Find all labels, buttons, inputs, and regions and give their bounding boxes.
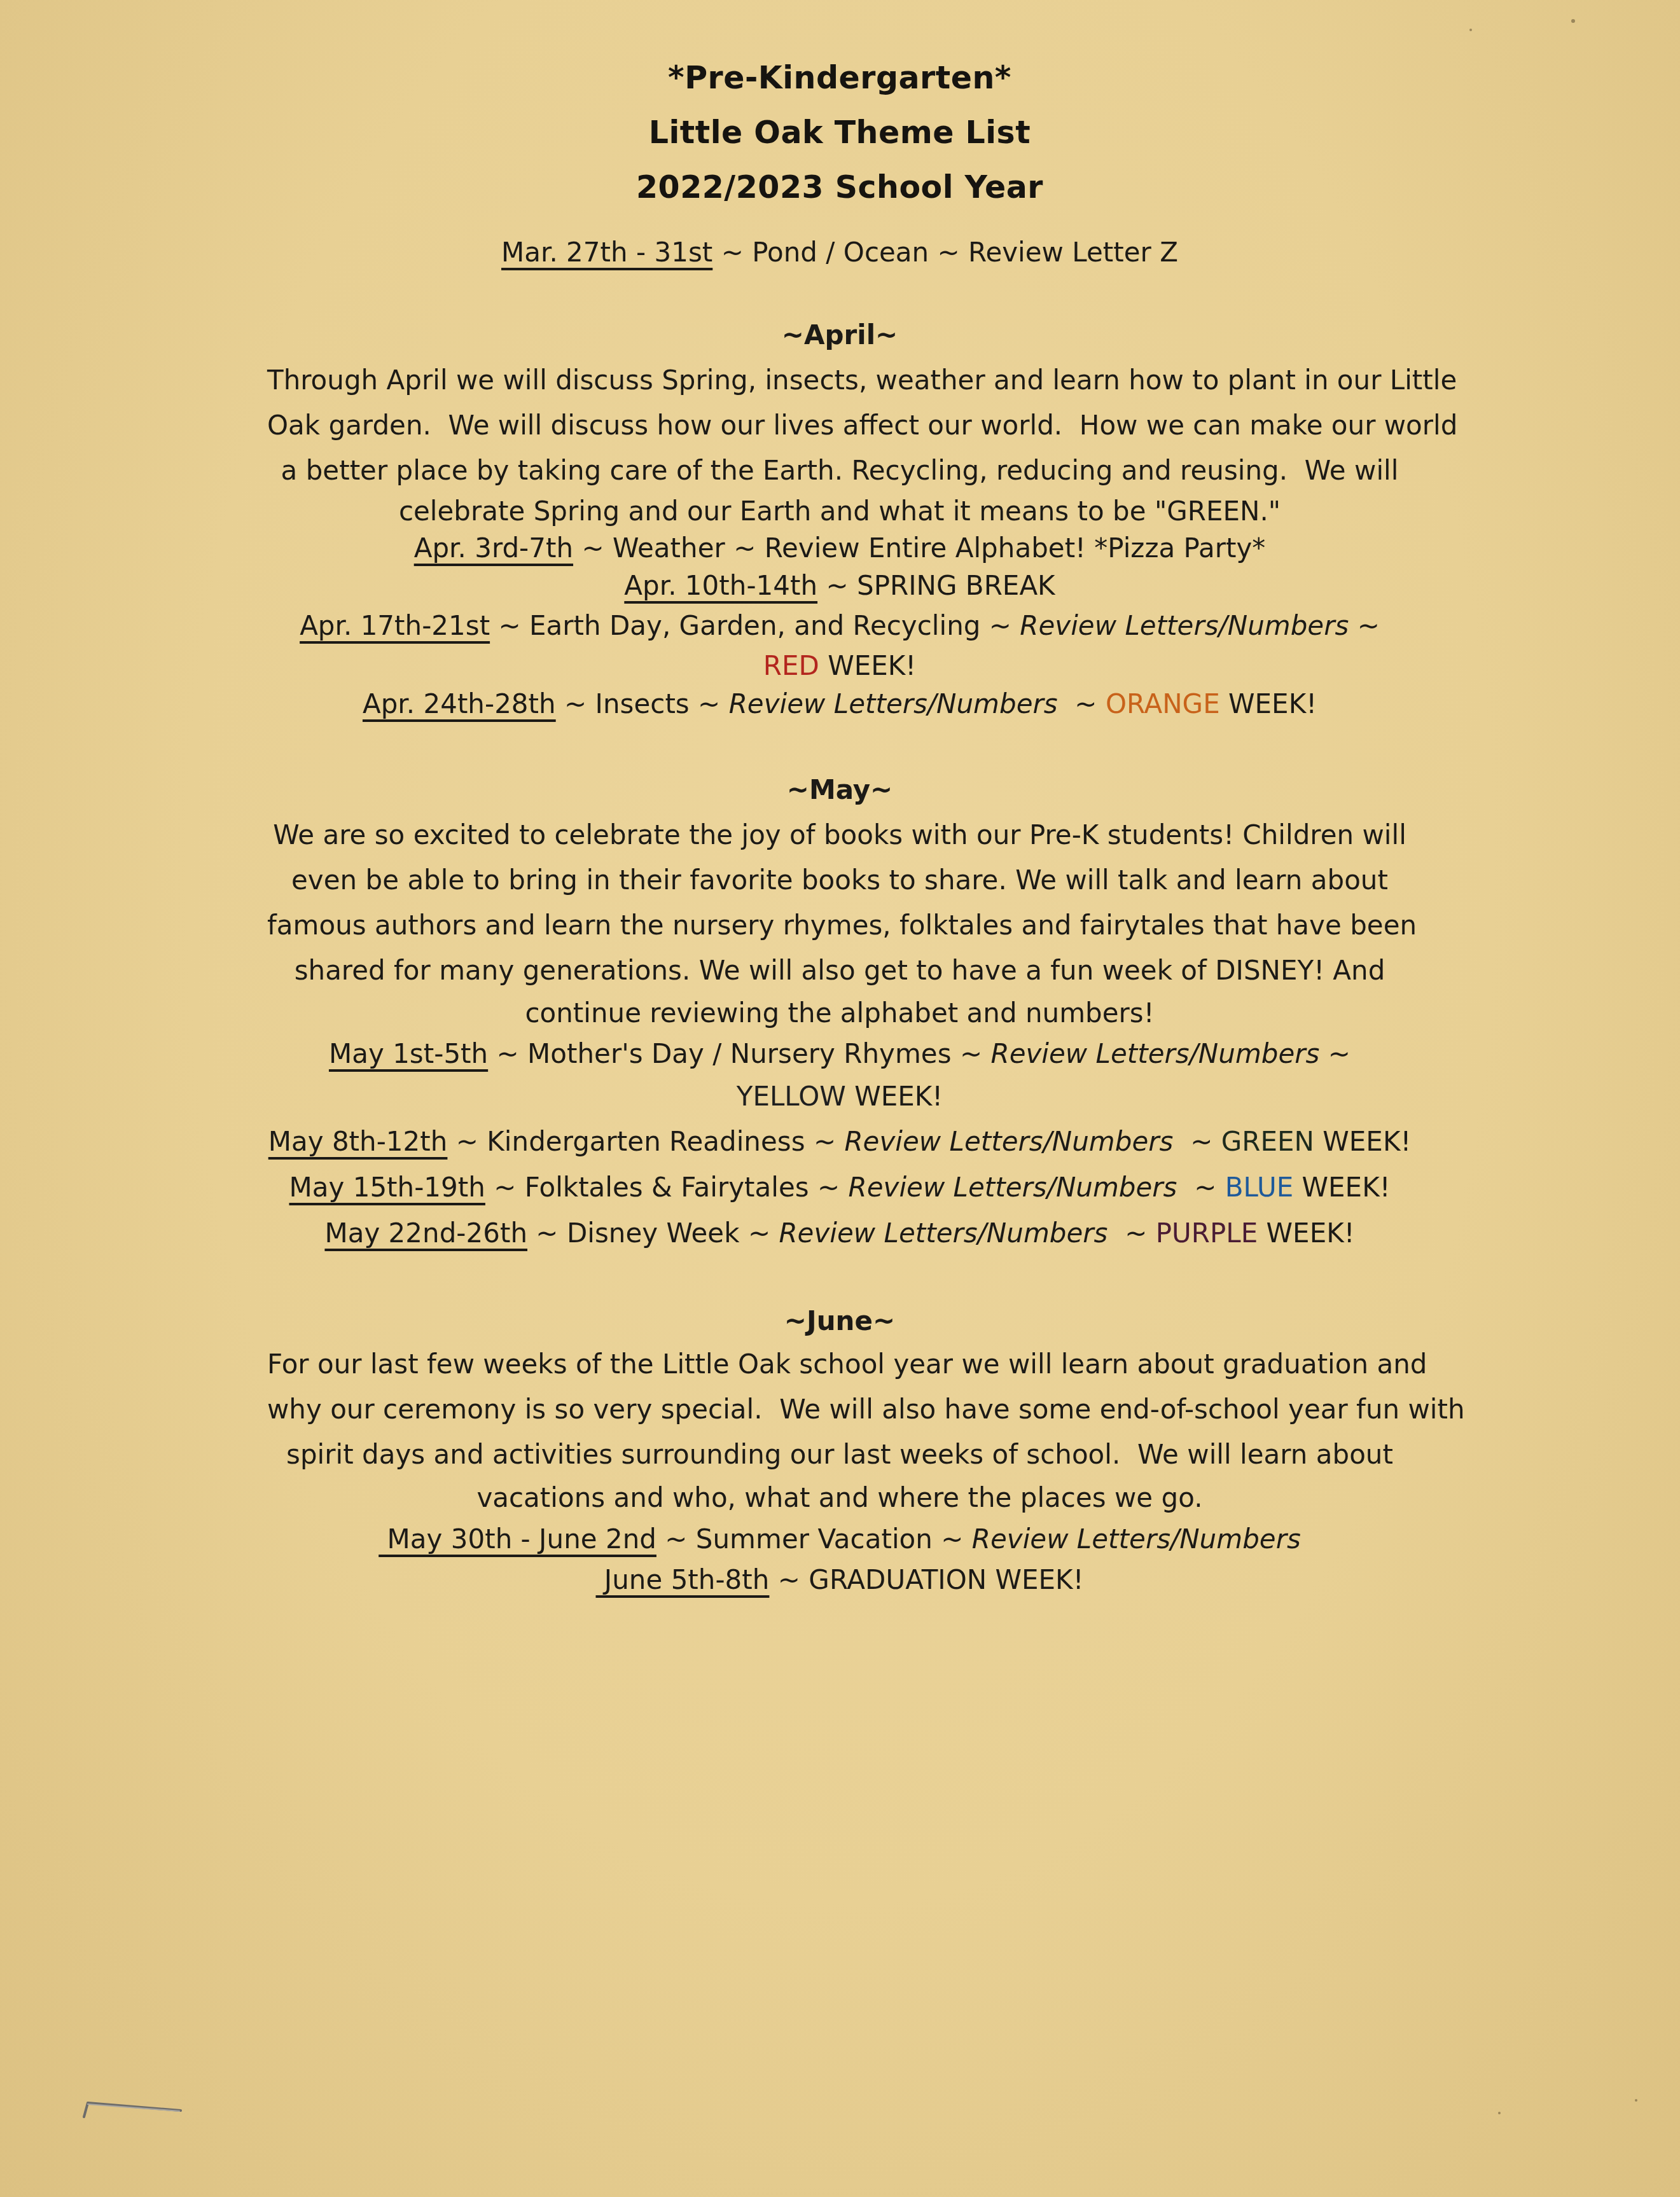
paper-speck: [1571, 19, 1575, 23]
week-tilde: ~: [1058, 688, 1106, 719]
week-tilde: ~: [1349, 610, 1380, 641]
week-review: Review Letters/Numbers: [990, 1038, 1319, 1069]
paragraph-line: celebrate Spring and our Earth and what …: [267, 493, 1412, 530]
week-theme: ~ Insects ~: [556, 688, 729, 719]
week-theme: ~ GRADUATION WEEK!: [769, 1564, 1083, 1595]
week-review: Review Letters/Numbers: [844, 1126, 1173, 1157]
week-review: Review Letters/Numbers: [849, 1172, 1177, 1203]
week-tilde: ~: [1173, 1126, 1221, 1157]
week-theme: ~ Mother's Day / Nursery Rhymes ~: [488, 1038, 990, 1069]
week-date: Apr. 24th-28th: [363, 688, 556, 719]
color-word-purple: PURPLE: [1156, 1217, 1258, 1249]
week-date: Apr. 10th-14th: [624, 570, 817, 601]
paragraph-line: even be able to bring in their favorite …: [267, 857, 1412, 903]
june-paragraph: For our last few weeks of the Little Oak…: [267, 1341, 1412, 1519]
week-theme: ~ Folktales & Fairytales ~: [485, 1172, 849, 1203]
week-apr-24: Apr. 24th-28th ~ Insects ~ Review Letter…: [254, 685, 1425, 723]
section-gap: [254, 1256, 1425, 1294]
title-pre-k: *Pre-Kindergarten*: [254, 51, 1425, 106]
week-theme: ~ Summer Vacation ~: [656, 1523, 972, 1555]
staple-mark-icon: [81, 2099, 183, 2118]
paragraph-line: shared for many generations. We will als…: [267, 948, 1412, 993]
title-theme-list: Little Oak Theme List: [254, 106, 1425, 160]
week-word: WEEK!: [1293, 1172, 1390, 1203]
week-tilde: ~: [1107, 1217, 1155, 1249]
week-apr-17: Apr. 17th-21st ~ Earth Day, Garden, and …: [254, 605, 1425, 647]
color-word-red: RED: [763, 650, 819, 681]
week-date: May 1st-5th: [329, 1038, 488, 1069]
week-apr-17-color: RED WEEK!: [254, 647, 1425, 685]
month-heading-june: ~June~: [254, 1301, 1425, 1341]
week-date: Apr. 17th-21st: [300, 610, 490, 641]
week-theme: ~ Disney Week ~: [527, 1217, 779, 1249]
week-mar-27: Mar. 27th - 31st ~ Pond / Ocean ~ Review…: [254, 232, 1425, 274]
section-gap: [254, 723, 1425, 761]
color-word-green: GREEN: [1221, 1126, 1314, 1157]
paragraph-line: why our ceremony is so very special. We …: [267, 1387, 1412, 1432]
week-review: Review Letters/Numbers: [1020, 610, 1349, 641]
week-date: May 22nd-26th: [324, 1217, 527, 1249]
week-tilde: ~: [1319, 1038, 1350, 1069]
week-apr-10: Apr. 10th-14th ~ SPRING BREAK: [254, 567, 1425, 605]
week-may-30: May 30th - June 2nd ~ Summer Vacation ~ …: [254, 1519, 1425, 1560]
week-word: WEEK!: [1220, 688, 1317, 719]
paper-speck: [1498, 2112, 1501, 2114]
week-may-15: May 15th-19th ~ Folktales & Fairytales ~…: [254, 1165, 1425, 1210]
paragraph-line: For our last few weeks of the Little Oak…: [267, 1341, 1412, 1387]
week-theme: ~ SPRING BREAK: [817, 570, 1055, 601]
week-may-1-color: YELLOW WEEK!: [254, 1074, 1425, 1119]
document-page: *Pre-Kindergarten* Little Oak Theme List…: [0, 0, 1680, 2197]
week-word: WEEK!: [846, 1081, 943, 1112]
title-school-year: 2022/2023 School Year: [254, 160, 1425, 215]
week-word: WEEK!: [1314, 1126, 1411, 1157]
week-theme: ~ Weather ~ Review Entire Alphabet! *Piz…: [573, 532, 1265, 564]
paper-speck: [1635, 2099, 1637, 2102]
week-may-8: May 8th-12th ~ Kindergarten Readiness ~ …: [254, 1119, 1425, 1165]
week-date: May 15th-19th: [289, 1172, 485, 1203]
paragraph-line: famous authors and learn the nursery rhy…: [267, 903, 1412, 948]
paragraph-line: Through April we will discuss Spring, in…: [267, 357, 1412, 403]
color-word-yellow: YELLOW: [737, 1081, 846, 1112]
week-review: Review Letters/Numbers: [779, 1217, 1107, 1249]
paragraph-line: vacations and who, what and where the pl…: [267, 1477, 1412, 1519]
week-date: May 30th - June 2nd: [378, 1523, 656, 1555]
april-paragraph: Through April we will discuss Spring, in…: [267, 357, 1412, 530]
paragraph-line: spirit days and activities surrounding o…: [267, 1432, 1412, 1477]
week-may-1: May 1st-5th ~ Mother's Day / Nursery Rhy…: [254, 1034, 1425, 1074]
week-date: Mar. 27th - 31st: [501, 237, 712, 268]
paragraph-line: a better place by taking care of the Ear…: [267, 448, 1412, 493]
week-june-5: June 5th-8th ~ GRADUATION WEEK!: [254, 1560, 1425, 1600]
week-theme: ~ Pond / Ocean ~ Review Letter Z: [712, 237, 1178, 268]
color-word-blue: BLUE: [1225, 1172, 1293, 1203]
paragraph-line: Oak garden. We will discuss how our live…: [267, 403, 1412, 448]
paragraph-line: We are so excited to celebrate the joy o…: [267, 812, 1412, 857]
color-word-orange: ORANGE: [1106, 688, 1220, 719]
paper-speck: [1469, 29, 1472, 31]
theme-list-content: *Pre-Kindergarten* Little Oak Theme List…: [254, 51, 1425, 1600]
month-heading-april: ~April~: [254, 313, 1425, 357]
week-word: WEEK!: [819, 650, 916, 681]
week-review: Review Letters/Numbers: [972, 1523, 1301, 1555]
may-paragraph: We are so excited to celebrate the joy o…: [267, 812, 1412, 1034]
week-date: Apr. 3rd-7th: [414, 532, 573, 564]
paragraph-line: continue reviewing the alphabet and numb…: [267, 993, 1412, 1034]
month-heading-may: ~May~: [254, 768, 1425, 812]
week-apr-3: Apr. 3rd-7th ~ Weather ~ Review Entire A…: [254, 530, 1425, 567]
week-theme: ~ Earth Day, Garden, and Recycling ~: [490, 610, 1020, 641]
week-date: June 5th-8th: [595, 1564, 769, 1595]
week-tilde: ~: [1177, 1172, 1225, 1203]
week-theme: ~ Kindergarten Readiness ~: [447, 1126, 844, 1157]
week-date: May 8th-12th: [268, 1126, 448, 1157]
week-word: WEEK!: [1258, 1217, 1354, 1249]
week-review: Review Letters/Numbers: [729, 688, 1058, 719]
week-may-22: May 22nd-26th ~ Disney Week ~ Review Let…: [254, 1210, 1425, 1256]
